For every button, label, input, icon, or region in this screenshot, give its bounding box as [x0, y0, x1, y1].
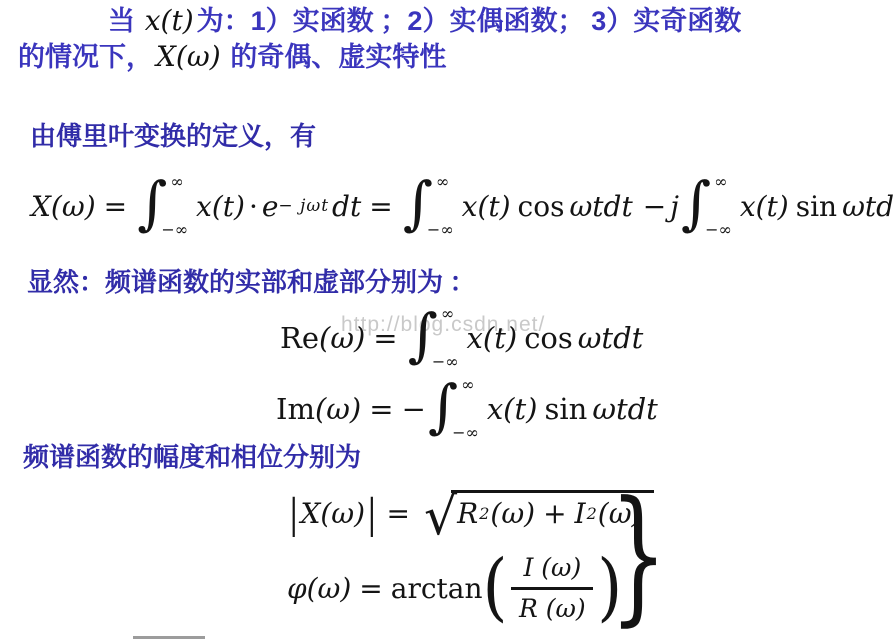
- integral: ∫ ∞ −∞: [403, 174, 460, 238]
- math-arg: (ω): [490, 497, 535, 530]
- math-r: R: [457, 497, 478, 530]
- fraction-numerator: I (ω): [511, 552, 593, 589]
- math-wtdt: ωtdt: [569, 190, 632, 223]
- integral-limits: ∞ −∞: [458, 377, 485, 441]
- integral: ∫ ∞ −∞: [408, 306, 465, 370]
- title-text: 的情况下，: [18, 42, 153, 72]
- math-wtdt: ωtdt: [842, 190, 895, 223]
- math-x: X: [300, 497, 320, 530]
- radicand: R2 (ω) + I2 (ω): [451, 490, 654, 530]
- math-cos: cos: [524, 321, 573, 355]
- title-item-3: 实奇函数: [633, 6, 741, 36]
- cropped-bottom-fragment: [133, 636, 205, 639]
- math-arg: (ω): [320, 497, 365, 530]
- equals-sign: =: [373, 321, 397, 355]
- left-paren: (: [483, 555, 508, 622]
- math-arg: (ω): [319, 321, 365, 355]
- math-wtdt: ωtdt: [578, 321, 644, 355]
- lower-limit: −∞: [161, 222, 188, 238]
- upper-limit: ∞: [436, 174, 463, 190]
- math-squared: 2: [587, 504, 597, 523]
- math-x-of-omega: X(ω): [153, 40, 224, 73]
- lower-limit: −∞: [427, 222, 454, 238]
- right-paren: ): [597, 555, 622, 622]
- math-i: I: [575, 497, 586, 530]
- math-cos: cos: [518, 190, 565, 223]
- math-sin: sin: [796, 190, 837, 223]
- integral-limits: ∞ −∞: [433, 174, 460, 238]
- math-re: Re: [280, 321, 319, 355]
- minus-sign: −: [643, 190, 666, 223]
- formula-imag-part: Im(ω) = − ∫ ∞ −∞ x(t) sin ωtdt: [276, 378, 658, 440]
- formula-real-part: Re(ω) = ∫ ∞ −∞ x(t) cos ωtdt: [280, 306, 643, 370]
- math-xt: x(t): [740, 190, 789, 223]
- square-root: √ R2 (ω) + I2 (ω): [424, 490, 655, 536]
- math-wtdt: ωtdt: [592, 392, 658, 426]
- title-text: 为：: [197, 6, 251, 36]
- heading-mag-phase: 频谱函数的幅度和相位分别为: [23, 437, 361, 474]
- math-j: j: [670, 190, 679, 223]
- list-number-3: 3）: [591, 6, 633, 36]
- math-arg: (ω): [598, 497, 643, 530]
- dot-operator: ·: [249, 190, 258, 223]
- math-arg: (ω): [307, 572, 352, 605]
- math-dt: dt: [332, 190, 361, 223]
- title-text: 当: [108, 6, 135, 36]
- upper-limit: ∞: [714, 174, 741, 190]
- integral-limits: ∞ −∞: [167, 174, 194, 238]
- math-xt: x(t): [467, 321, 518, 355]
- math-squared: 2: [479, 504, 489, 523]
- plus-sign: +: [543, 497, 566, 530]
- equals-sign: =: [104, 190, 127, 223]
- math-xt: x(t): [487, 392, 538, 426]
- heading-fourier-definition: 由傅里叶变换的定义，有: [30, 116, 316, 153]
- math-arg: (ω): [315, 392, 361, 426]
- title-text: 的奇偶、虚实特性: [224, 42, 447, 72]
- math-phi: φ: [287, 572, 307, 605]
- abs-bar: |: [367, 489, 376, 537]
- equals-sign: =: [369, 392, 393, 426]
- equals-sign: =: [387, 497, 410, 530]
- integral-limits: ∞ −∞: [438, 306, 465, 370]
- title-line-1: 当 x(t)为：1）实函数 ；2）实偶函数； 3）实奇函数: [18, 3, 888, 39]
- lower-limit: −∞: [705, 222, 732, 238]
- lower-limit: −∞: [432, 354, 459, 370]
- abs-bar: |: [289, 489, 298, 537]
- math-exponent: − jωt: [278, 196, 329, 216]
- title-line-2: 的情况下，X(ω) 的奇偶、虚实特性: [18, 39, 888, 75]
- math-e: e: [262, 190, 279, 223]
- list-number-1: 1）: [251, 6, 293, 36]
- math-arctan: arctan: [391, 572, 483, 605]
- math-xt: x(t): [196, 190, 245, 223]
- equals-sign: =: [369, 190, 392, 223]
- minus-sign: −: [402, 392, 426, 426]
- upper-limit: ∞: [441, 306, 468, 322]
- upper-limit: ∞: [170, 174, 197, 190]
- formula-phase: φ(ω) = arctan ( I (ω) R (ω) ): [287, 546, 622, 630]
- math-xt: x(t): [462, 190, 511, 223]
- integral: ∫ ∞ −∞: [137, 174, 194, 238]
- integral: ∫ ∞ −∞: [428, 377, 485, 441]
- upper-limit: ∞: [461, 377, 488, 393]
- formula-fourier-transform: X(ω) = ∫ ∞ −∞ x(t) · e− jωt dt = ∫ ∞ −∞ …: [31, 169, 895, 243]
- slide-title: 当 x(t)为：1）实函数 ；2）实偶函数； 3）实奇函数 的情况下，X(ω) …: [18, 3, 888, 75]
- heading-real-imag-parts: 显然：频谱函数的实部和虚部分别为 ：: [27, 262, 476, 299]
- formula-magnitude: | X (ω) | = √ R2 (ω) + I2 (ω): [287, 484, 654, 542]
- fraction-denominator: R (ω): [519, 590, 586, 624]
- lower-limit: −∞: [452, 425, 479, 441]
- math-lhs: X(ω): [31, 190, 96, 223]
- integral-limits: ∞ −∞: [711, 174, 738, 238]
- math-im: Im: [276, 392, 315, 426]
- title-item-2: 实偶函数；: [449, 6, 591, 36]
- fraction: I (ω) R (ω): [511, 552, 593, 624]
- math-sin: sin: [544, 392, 587, 426]
- radical-sign: √: [424, 494, 457, 540]
- list-number-2: 2）: [407, 6, 449, 36]
- integral: ∫ ∞ −∞: [681, 174, 738, 238]
- title-item-1: 实函数 ；: [293, 6, 408, 36]
- math-x-of-t: x(t): [142, 4, 197, 37]
- equals-sign: =: [359, 572, 382, 605]
- slide: 当 x(t)为：1）实函数 ；2）实偶函数； 3）实奇函数 的情况下，X(ω) …: [0, 0, 895, 641]
